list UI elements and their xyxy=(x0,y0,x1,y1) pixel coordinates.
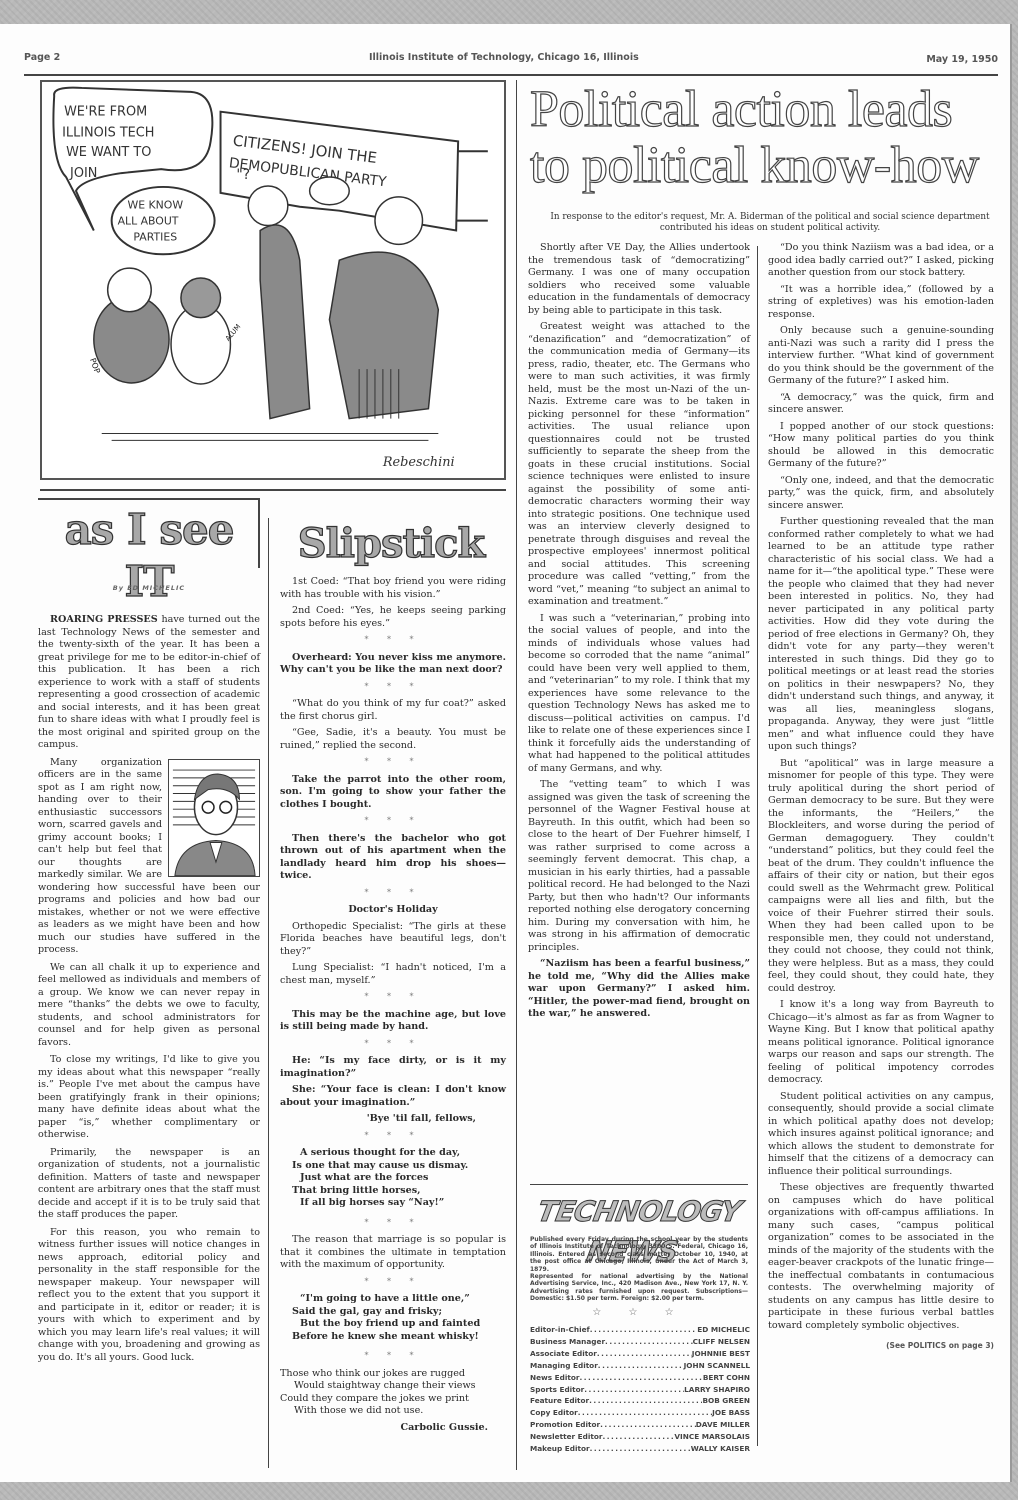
staff-role: Feature Editor xyxy=(530,1395,589,1407)
staff-row: News EditorBert Cohn xyxy=(530,1372,750,1384)
joke-paragraph: He: “Is my face dirty, or is it my imagi… xyxy=(280,1055,506,1080)
paragraph-quote: “Naziism has been a fearful business,” h… xyxy=(528,958,750,1021)
author-portrait xyxy=(168,759,260,877)
article-column-2: “Do you think Naziism was a bad idea, or… xyxy=(768,242,994,1357)
staff-name: Larry Shapiro xyxy=(684,1384,750,1396)
verse-line: Would staightway change their views xyxy=(280,1380,506,1393)
column-divider xyxy=(516,80,517,1470)
separator-stars: * * * xyxy=(280,1276,506,1289)
separator-stars: * * * xyxy=(280,1350,506,1363)
paragraph: ROARING PRESSES have turned out the last… xyxy=(38,614,260,752)
staff-row: Promotion EditorDave Miller xyxy=(530,1419,750,1431)
issue-date: May 19, 1950 xyxy=(926,54,998,65)
newspaper-page: Page 2 Illinois Institute of Technology,… xyxy=(0,24,1012,1482)
article-column-1: Shortly after VE Day, the Allies underto… xyxy=(528,242,750,1025)
staff-row: Associate EditorJohnnie Best xyxy=(530,1348,750,1360)
leader-dots xyxy=(598,1360,684,1372)
staff-row: Managing EditorJohn Scannell xyxy=(530,1360,750,1372)
joke-heading: Doctor's Holiday xyxy=(280,904,506,917)
paragraph: I was such a “veterinarian,” probing int… xyxy=(528,613,750,776)
column-divider xyxy=(757,246,758,1446)
verse-line: Just what are the forces xyxy=(280,1172,506,1185)
bubble-1-line-1: WE'RE FROM xyxy=(64,105,147,120)
joke-paragraph: 2nd Coed: “Yes, he keeps seeing parking … xyxy=(280,605,506,630)
institution-line: Illinois Institute of Technology, Chicag… xyxy=(369,52,639,63)
paragraph: Many organization officers are in the sa… xyxy=(38,757,260,957)
publication-info: Published every Friday during the school… xyxy=(530,1236,748,1303)
continued-link[interactable]: (See POLITICS on page 3) xyxy=(768,1340,994,1353)
joke-paragraph: She: “Your face is clean: I don't know a… xyxy=(280,1084,506,1109)
paragraph: I know it's a long way from Bayreuth to … xyxy=(768,999,994,1087)
paragraph: For this reason, you who remain to witne… xyxy=(38,1227,260,1365)
verse-line: Could they compare the jokes we print xyxy=(280,1393,506,1406)
separator-stars: * * * xyxy=(280,815,506,828)
staff-row: Copy EditorJoe Bass xyxy=(530,1407,750,1419)
staff-role: Editor-in-Chief xyxy=(530,1324,590,1336)
headline-line-2: to political know-how xyxy=(530,138,1000,194)
staff-name: Johnnie Best xyxy=(692,1348,750,1360)
staff-row: Feature EditorBob Green xyxy=(530,1395,750,1407)
separator-stars: * * * xyxy=(280,1038,506,1051)
leader-dots xyxy=(605,1336,693,1348)
svg-text:WE WANT TO: WE WANT TO xyxy=(66,145,151,160)
leader-dots xyxy=(602,1431,674,1443)
verse-line: Those who think our jokes are rugged xyxy=(280,1368,506,1381)
column-signature: Carbolic Gussie. xyxy=(280,1422,506,1435)
joke-paragraph: “Gee, Sadie, it's a beauty. You must be … xyxy=(280,727,506,752)
verse-line: That bring little horses, xyxy=(280,1185,506,1198)
paragraph: Only because such a genuine-sounding ant… xyxy=(768,325,994,388)
staff-name: Dave Miller xyxy=(696,1419,750,1431)
separator-stars: * * * xyxy=(280,681,506,694)
column-byline: By ED MICHELIC xyxy=(42,584,256,592)
staff-name: Wally Kaiser xyxy=(691,1443,750,1455)
verse-line: Before he knew she meant whisky! xyxy=(280,1331,506,1344)
paragraph: “Do you think Naziism was a bad idea, or… xyxy=(768,242,994,280)
paragraph: Shortly after VE Day, the Allies underto… xyxy=(528,242,750,317)
stars-icon: ☆ ☆ ☆ xyxy=(530,1307,748,1318)
leader-dots xyxy=(600,1419,696,1431)
svg-text:JOIN: JOIN xyxy=(69,166,97,181)
paragraph: I popped another of our stock questions:… xyxy=(768,421,994,471)
paragraph: The “vetting team” to which I was assign… xyxy=(528,779,750,954)
divider xyxy=(530,1184,748,1185)
paragraph: “It was a horrible idea,” (followed by a… xyxy=(768,284,994,322)
staff-name: Bert Cohn xyxy=(703,1372,750,1384)
joke-paragraph: The reason that marriage is so popular i… xyxy=(280,1234,506,1272)
staff-row: Makeup EditorWally Kaiser xyxy=(530,1443,750,1455)
paragraph: To close my writings, I'd like to give y… xyxy=(38,1054,260,1142)
separator-stars: * * * xyxy=(280,1130,506,1143)
svg-text:ALL ABOUT: ALL ABOUT xyxy=(118,215,179,228)
editorial-cartoon: WE'RE FROM ILLINOIS TECH WE WANT TO JOIN… xyxy=(40,80,506,480)
staff-role: Newsletter Editor xyxy=(530,1431,602,1443)
separator-stars: * * * xyxy=(280,756,506,769)
page-masthead: Page 2 Illinois Institute of Technology,… xyxy=(24,46,998,76)
svg-text:PARTIES: PARTIES xyxy=(133,230,177,243)
cartoon-signature: Rebeschini xyxy=(382,455,455,470)
verse-line: With those we did not use. xyxy=(280,1405,506,1418)
svg-text:WE KNOW: WE KNOW xyxy=(127,199,183,212)
leader-dots xyxy=(590,1324,698,1336)
signoff: 'Bye 'til fall, fellows, xyxy=(280,1113,506,1126)
joke-paragraph: “What do you think of my fur coat?” aske… xyxy=(280,698,506,723)
technology-news-nameplate: TECHNOLOGY NEWS xyxy=(524,1192,753,1232)
staff-role: Associate Editor xyxy=(530,1348,597,1360)
verse-line: “I'm going to have a little one,” xyxy=(280,1293,506,1306)
joke-paragraph: Overheard: You never kiss me anymore. Wh… xyxy=(280,652,506,677)
paragraph: Primarily, the newspaper is an organizat… xyxy=(38,1147,260,1222)
leader-dots xyxy=(580,1372,703,1384)
staff-role: Managing Editor xyxy=(530,1360,598,1372)
verse-line: If all big horses say “Nay!” xyxy=(280,1197,506,1210)
staff-role: Business Manager xyxy=(530,1336,605,1348)
leader-dots xyxy=(578,1407,712,1419)
staff-role: News Editor xyxy=(530,1372,580,1384)
column-title-as-i-see-it: as I see IT xyxy=(42,504,256,556)
paragraph: “Only one, indeed, and that the democrat… xyxy=(768,475,994,513)
paragraph: Further questioning revealed that the ma… xyxy=(768,516,994,754)
staff-row: Editor-in-ChiefEd Michelic xyxy=(530,1324,750,1336)
leader-dots xyxy=(590,1443,691,1455)
paragraph: Student political activities on any camp… xyxy=(768,1091,994,1179)
svg-text:"?: "? xyxy=(236,167,250,183)
portrait-illustration-icon xyxy=(169,760,259,876)
page-number: Page 2 xyxy=(24,52,60,63)
staff-row: Sports EditorLarry Shapiro xyxy=(530,1384,750,1396)
leader-dots xyxy=(589,1395,702,1407)
joke-paragraph: Orthopedic Specialist: “The girls at the… xyxy=(280,921,506,959)
divider xyxy=(40,489,506,491)
paragraph: But “apolitical” was in large measure a … xyxy=(768,758,994,996)
staff-list: Editor-in-ChiefEd MichelicBusiness Manag… xyxy=(530,1324,750,1455)
joke-paragraph: Take the parrot into the other room, son… xyxy=(280,774,506,812)
leader-dots xyxy=(584,1384,684,1396)
paragraph: These objectives are frequently thwarted… xyxy=(768,1182,994,1332)
column-slipstick: 1st Coed: “That boy friend you were ridi… xyxy=(280,576,506,1438)
column-divider xyxy=(268,518,269,1468)
article-deck: In response to the editor's request, Mr.… xyxy=(540,212,1000,234)
paragraph: “A democracy,” was the quick, firm and s… xyxy=(768,392,994,417)
leader-dots xyxy=(597,1348,692,1360)
verse-line: Said the gal, gay and frisky; xyxy=(280,1306,506,1319)
staff-row: Newsletter EditorVince Marsolais xyxy=(530,1431,750,1443)
staff-role: Makeup Editor xyxy=(530,1443,590,1455)
joke-paragraph: This may be the machine age, but love is… xyxy=(280,1009,506,1034)
column-title-slipstick: Slipstick xyxy=(274,520,508,568)
verse-line: But the boy friend up and fainted xyxy=(280,1318,506,1331)
staff-name: Joe Bass xyxy=(712,1407,750,1419)
separator-stars: * * * xyxy=(280,991,506,1004)
staff-name: Cliff Nelsen xyxy=(693,1336,750,1348)
column-as-i-see-it: ROARING PRESSES have turned out the last… xyxy=(38,614,260,1369)
cartoon-illustration-icon: WE'RE FROM ILLINOIS TECH WE WANT TO JOIN… xyxy=(42,82,504,478)
verse-line: Is one that may cause us dismay. xyxy=(280,1160,506,1173)
staff-name: Bob Green xyxy=(702,1395,750,1407)
joke-paragraph: 1st Coed: “That boy friend you were ridi… xyxy=(280,576,506,601)
staff-name: Ed Michelic xyxy=(697,1324,750,1336)
joke-paragraph: Then there's the bachelor who got thrown… xyxy=(280,833,506,883)
paragraph: Greatest weight was attached to the “den… xyxy=(528,321,750,609)
staff-row: Business ManagerCliff Nelsen xyxy=(530,1336,750,1348)
separator-stars: * * * xyxy=(280,1217,506,1230)
separator-stars: * * * xyxy=(280,634,506,647)
staff-name: Vince Marsolais xyxy=(674,1431,750,1443)
svg-text:ILLINOIS TECH: ILLINOIS TECH xyxy=(62,125,154,140)
staff-name: John Scannell xyxy=(684,1360,750,1372)
headline-line-1: Political action leads xyxy=(530,82,1000,138)
verse-line: A serious thought for the day, xyxy=(280,1147,506,1160)
joke-paragraph: Lung Specialist: “I hadn't noticed, I'm … xyxy=(280,962,506,987)
staff-role: Promotion Editor xyxy=(530,1419,600,1431)
paragraph: We can all chalk it up to experience and… xyxy=(38,962,260,1050)
separator-stars: * * * xyxy=(280,887,506,900)
staff-role: Sports Editor xyxy=(530,1384,584,1396)
article-headline: Political action leads to political know… xyxy=(530,82,1000,194)
staff-role: Copy Editor xyxy=(530,1407,578,1419)
